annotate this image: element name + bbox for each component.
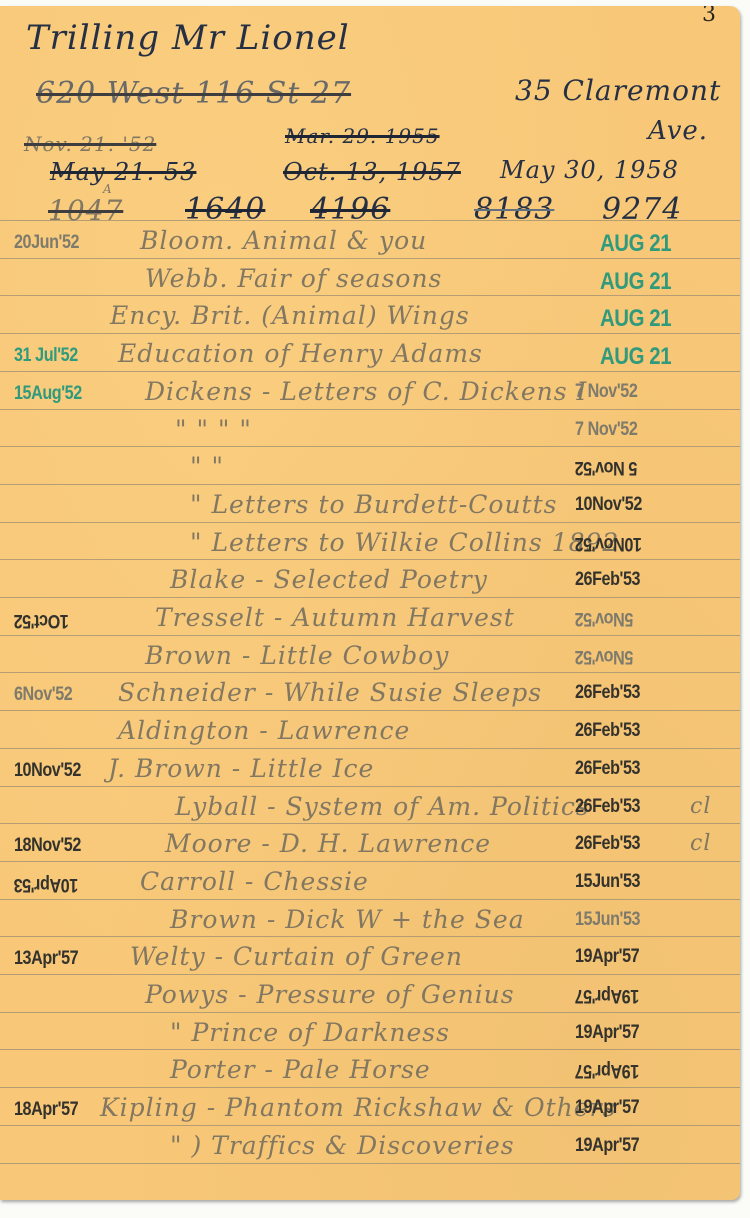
date-returned-stamp: 5Nov'52: [575, 645, 633, 667]
date-returned-stamp: 26Feb'53: [575, 796, 640, 818]
ruled-line: [0, 710, 740, 711]
book-title: Bloom. Animal & you: [140, 226, 427, 255]
date-returned-stamp: 10Nov'52: [575, 532, 642, 554]
ruled-line: [0, 748, 740, 749]
current-date: May 30, 1958: [500, 156, 679, 184]
struck-number: 1047: [48, 194, 123, 227]
book-title: Porter - Pale Horse: [170, 1055, 431, 1084]
book-title: Ency. Brit. (Animal) Wings: [110, 301, 470, 330]
struck-date: May 21. 53: [50, 158, 196, 186]
book-title: Powys - Pressure of Genius: [145, 980, 515, 1009]
date-returned-stamp: 5Nov'52: [575, 607, 633, 629]
ruled-line: [0, 899, 740, 900]
book-title: Kipling - Phantom Rickshaw & Others: [100, 1093, 616, 1122]
book-title: Welty - Curtain of Green: [130, 942, 463, 971]
date-returned-stamp: 26Feb'53: [575, 758, 640, 780]
date-returned-stamp: 7 Nov'52: [575, 419, 637, 441]
struck-number: 4196: [310, 192, 390, 227]
ruled-line: [0, 1125, 740, 1126]
date-due-stamp: 13Apr'57: [14, 948, 78, 970]
ruled-line: [0, 861, 740, 862]
date-returned-stamp: AUG 21: [600, 268, 671, 296]
date-returned-stamp: 19Apr'57: [575, 984, 639, 1006]
book-title: " Letters to Wilkie Collins 1892: [190, 528, 619, 557]
book-title: Aldington - Lawrence: [118, 716, 410, 745]
ruled-line: [0, 1087, 740, 1088]
date-returned-stamp: AUG 21: [600, 343, 671, 371]
ruled-line: [0, 484, 740, 485]
book-title: Schneider - While Susie Sleeps: [118, 678, 542, 707]
date-returned-stamp: 19Apr'57: [575, 1059, 639, 1081]
date-returned-stamp: 26Feb'53: [575, 833, 640, 855]
ruled-line: [0, 823, 740, 824]
ruled-line: [0, 786, 740, 787]
ruled-line: [0, 597, 740, 598]
ruled-line: [0, 1012, 740, 1013]
date-returned-stamp: 19Apr'57: [575, 1097, 639, 1119]
date-returned-stamp: AUG 21: [600, 230, 671, 258]
date-due-stamp: 31 Jul'52: [14, 345, 78, 367]
date-returned-stamp: AUG 21: [600, 305, 671, 333]
ruled-line: [0, 635, 740, 636]
date-returned-stamp: 26Feb'53: [575, 569, 640, 591]
ruled-line: [0, 672, 740, 673]
library-card: 3 Trilling Mr Lionel 620 West 116 St 27 …: [0, 6, 740, 1200]
ruled-line: [0, 522, 740, 523]
book-title: " ) Traffics & Discoveries: [170, 1131, 515, 1160]
book-title: " ": [190, 452, 224, 481]
old-address: 620 West 116 St 27: [36, 76, 351, 111]
struck-number: 8183: [474, 192, 554, 227]
date-returned-stamp: 19Apr'57: [575, 1135, 639, 1157]
book-title: Brown - Little Cowboy: [145, 641, 449, 670]
date-due-stamp: 20Jun'52: [14, 232, 79, 254]
ruled-line: [0, 409, 740, 410]
corner-mark: 3: [702, 6, 716, 27]
date-due-stamp: 10Apr'53: [14, 873, 78, 895]
date-due-stamp: 10Nov'52: [14, 760, 81, 782]
new-address-line1: 35 Claremont: [515, 74, 721, 107]
book-title: Lyball - System of Am. Politics: [175, 792, 590, 821]
struck-date: Mar. 29. 1955: [285, 124, 440, 148]
book-title: " Letters to Burdett-Coutts: [190, 490, 557, 519]
date-returned-stamp: 26Feb'53: [575, 682, 640, 704]
date-due-stamp: 1Oct'52: [14, 609, 69, 631]
date-returned-stamp: 10Nov'52: [575, 494, 642, 516]
book-title: Brown - Dick W + the Sea: [170, 905, 525, 934]
ruled-line: [0, 446, 740, 447]
book-title: Carroll - Chessie: [140, 867, 369, 896]
margin-note: cl: [690, 831, 711, 856]
date-due-stamp: 18Nov'52: [14, 835, 81, 857]
new-address-line2: Ave.: [648, 116, 708, 146]
ruled-line: [0, 936, 740, 937]
book-title: J. Brown - Little Ice: [108, 754, 374, 783]
date-returned-stamp: 7 Nov'52: [575, 381, 637, 403]
ruled-line: [0, 1163, 740, 1164]
date-due-stamp: 15Aug'52: [14, 383, 82, 405]
date-due-stamp: 18Apr'57: [14, 1099, 78, 1121]
book-title: " Prince of Darkness: [170, 1018, 450, 1047]
book-title: Webb. Fair of seasons: [145, 264, 442, 293]
book-title: Dickens - Letters of C. Dickens I: [145, 377, 587, 406]
date-returned-stamp: 5 Nov'52: [575, 456, 637, 478]
ruled-line: [0, 974, 740, 975]
patron-name: Trilling Mr Lionel: [26, 18, 350, 58]
book-title: Tresselt - Autumn Harvest: [155, 603, 515, 632]
date-returned-stamp: 15Jun'53: [575, 871, 640, 893]
book-title: " " " ": [175, 415, 252, 444]
margin-note: cl: [690, 794, 711, 819]
book-title: Blake - Selected Poetry: [170, 565, 488, 594]
book-title: Education of Henry Adams: [118, 339, 483, 368]
struck-number: 1640: [185, 192, 265, 227]
date-returned-stamp: 26Feb'53: [575, 720, 640, 742]
struck-date: Nov. 21. '52: [24, 132, 156, 156]
ruled-line: [0, 1049, 740, 1050]
current-number: 9274: [602, 192, 682, 227]
struck-date: Oct. 13, 1957: [283, 158, 461, 186]
date-returned-stamp: 19Apr'57: [575, 1022, 639, 1044]
book-title: Moore - D. H. Lawrence: [165, 829, 491, 858]
date-due-stamp: 6Nov'52: [14, 684, 72, 706]
ruled-line: [0, 559, 740, 560]
date-returned-stamp: 19Apr'57: [575, 946, 639, 968]
date-returned-stamp: 15Jun'53: [575, 909, 640, 931]
